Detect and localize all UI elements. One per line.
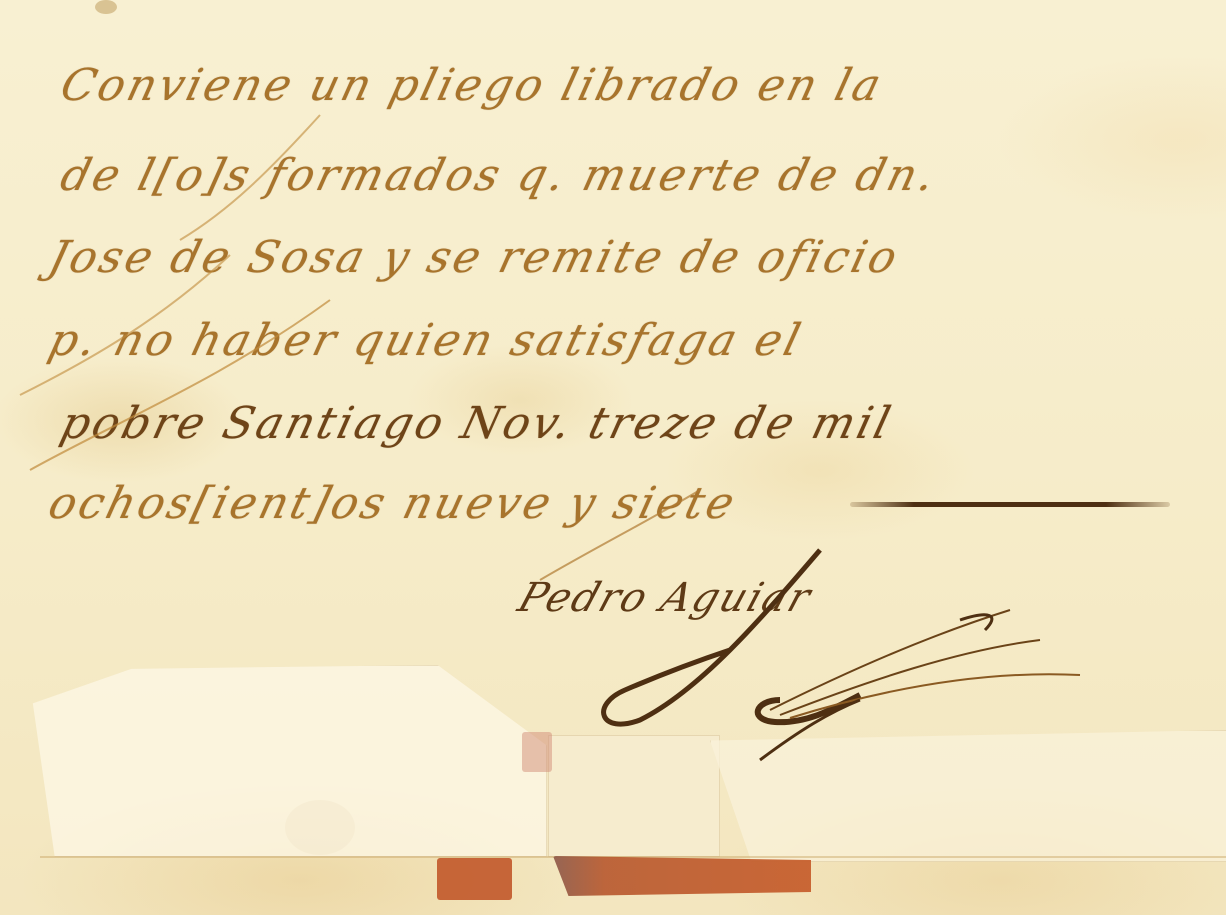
manuscript-line-2: de l[o]s formados q. muerte de dn. [56, 150, 943, 201]
manuscript-line-1: Conviene un pliego librado en la [56, 60, 889, 111]
manuscript-line-5: pobre Santiago Nov. treze de mil [56, 398, 899, 449]
signature: Pedro Aguiar [513, 575, 818, 621]
manuscript-line-4: p. no haber quien satisfaga el [44, 315, 809, 366]
manuscript-line-3: Jose de Sosa y se remite de oficio [44, 232, 905, 283]
closing-dash-stroke [850, 502, 1170, 507]
manuscript-text: Conviene un pliego librado en la de l[o]… [0, 0, 1226, 915]
manuscript-line-6: ochos[ient]os nueve y siete [44, 478, 743, 529]
